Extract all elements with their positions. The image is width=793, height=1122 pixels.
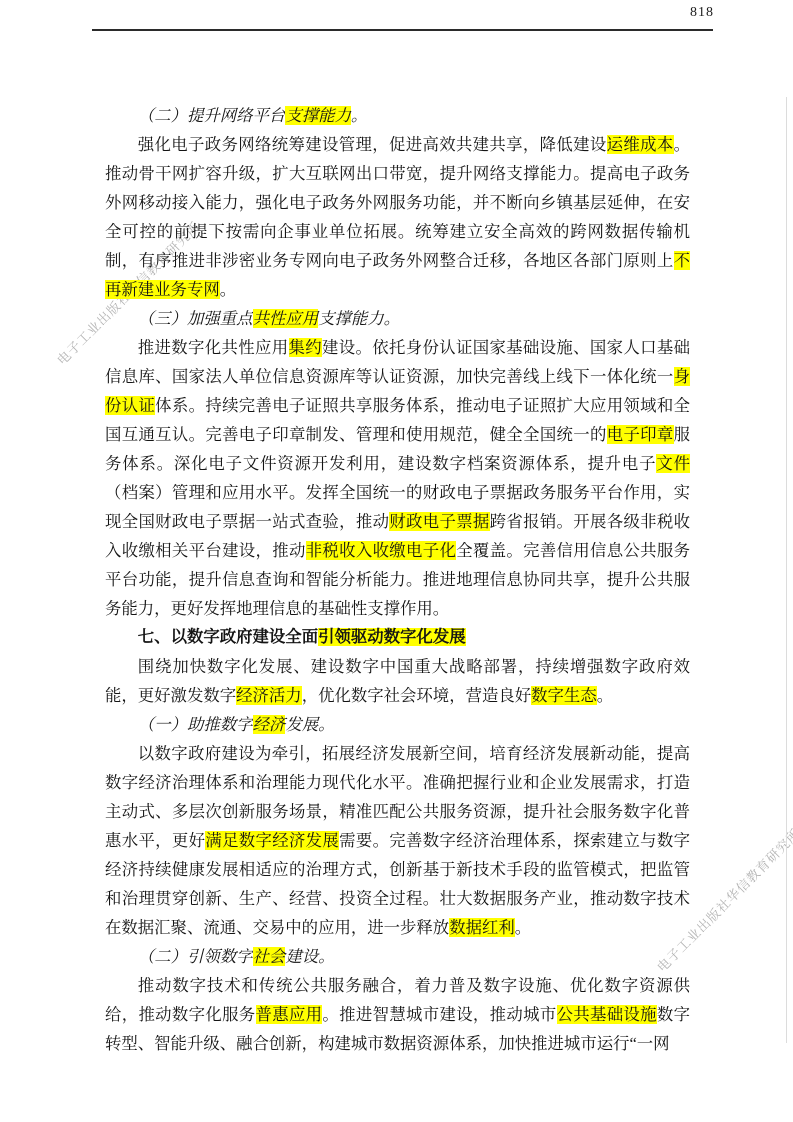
- section-heading: 七、以数字政府建设全面引领驱动数字化发展: [105, 623, 690, 652]
- document-page: 818 电子工业出版社华信教育研究所 电子工业出版社华信教育研究所 （二）提升网…: [0, 0, 793, 1122]
- body-paragraph: 强化电子政务网络统筹建设管理，促进高效共建共享，降低建设运维成本。推动骨干网扩容…: [105, 130, 690, 304]
- text-run: 建设。: [285, 947, 334, 966]
- highlighted-text: 经济: [253, 715, 286, 734]
- body-paragraph: 以数字政府建设为牵引，拓展经济发展新空间，培育经济发展新动能，提高数字经济治理体…: [105, 739, 690, 942]
- section-subheading: （一）助推数字经济发展。: [105, 710, 690, 739]
- section-subheading: （二）提升网络平台支撑能力。: [105, 101, 690, 130]
- text-run: 。: [220, 280, 236, 299]
- header-rule: [92, 29, 713, 31]
- text-run: 。推动骨干网扩容升级，扩大互联网出口带宽，提升网络支撑能力。提高电子政务外网移动…: [105, 135, 690, 270]
- text-run: 推进数字化共性应用: [138, 338, 289, 357]
- text-run: 七、以数字政府建设全面: [138, 628, 318, 646]
- highlighted-text: 非税收入收缴电子化: [306, 541, 457, 560]
- highlighted-text: 共性应用: [253, 309, 319, 328]
- page-edge-line: [786, 97, 787, 1043]
- page-number: 818: [690, 5, 714, 21]
- highlighted-text: 运维成本: [607, 135, 674, 154]
- text-run: ，优化数字社会环境，营造良好: [302, 686, 531, 705]
- highlighted-text: 电子印章: [607, 425, 674, 444]
- text-run: 支撑能力。: [318, 309, 400, 328]
- text-run: 。推进智慧城市建设，推动城市: [322, 1005, 556, 1024]
- text-run: （一）助推数字: [138, 715, 253, 734]
- highlighted-text: 引领驱动数字化发展: [318, 628, 466, 646]
- highlighted-text: 公共基础设施: [557, 1005, 657, 1024]
- body-paragraph: 推动数字技术和传统公共服务融合，着力普及数字设施、优化数字资源供给，推动数字化服…: [105, 971, 690, 1058]
- highlighted-text: 社会: [253, 947, 286, 966]
- body-paragraph: 推进数字化共性应用集约建设。依托身份认证国家基础设施、国家人口基础信息库、国家法…: [105, 333, 690, 623]
- highlighted-text: 满足数字经济发展: [205, 831, 339, 850]
- text-run: 发展。: [285, 715, 334, 734]
- highlighted-text: 数字生态: [531, 686, 597, 705]
- highlighted-text: 文件: [656, 454, 690, 473]
- highlighted-text: 经济活力: [236, 686, 302, 705]
- section-subheading: （三）加强重点共性应用支撑能力。: [105, 304, 690, 333]
- text-run: 强化电子政务网络统筹建设管理，促进高效共建共享，降低建设: [138, 135, 607, 154]
- text-run: （三）加强重点: [138, 309, 253, 328]
- text-run: 体系。持续完善电子证照共享服务体系，推动电子证照扩大应用领域和全国互通互认。完善…: [105, 396, 690, 444]
- text-run: 。: [597, 686, 613, 705]
- highlighted-text: 集约: [289, 338, 323, 357]
- highlighted-text: 支撑能力: [285, 106, 351, 125]
- highlighted-text: 数据红利: [449, 918, 515, 937]
- body-paragraph: 围绕加快数字化发展、建设数字中国重大战略部署，持续增强数字政府效能，更好激发数字…: [105, 652, 690, 710]
- highlighted-text: 财政电子票据: [389, 512, 489, 531]
- text-run: （二）提升网络平台: [138, 106, 286, 125]
- text-run: 。: [515, 918, 531, 937]
- document-body: （二）提升网络平台支撑能力。强化电子政务网络统筹建设管理，促进高效共建共享，降低…: [105, 101, 690, 1058]
- section-subheading: （二）引领数字社会建设。: [105, 942, 690, 971]
- text-run: （二）引领数字: [138, 947, 253, 966]
- highlighted-text: 普惠应用: [256, 1005, 323, 1024]
- text-run: 。: [351, 106, 367, 125]
